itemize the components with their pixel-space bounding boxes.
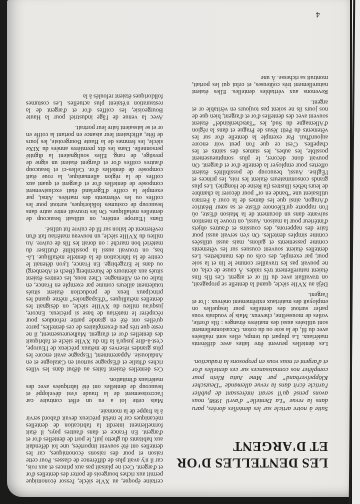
title-line-1: LES DENTELLES D'OR (192, 455, 328, 472)
paragraph: Revenons aux véritables dentelles. Elles… (192, 74, 328, 95)
right-column: certaine époque, au XVIe siècle, l'essor… (26, 93, 163, 485)
paragraph: Déjà au XVIIe siècle, quand la dentelle … (192, 99, 328, 288)
scanned-book-page: LES DENTELLES D'OR ET D'ARGENT Suite à n… (0, 0, 360, 504)
paragraph: Ces dentelles étaient faites au début da… (26, 226, 163, 373)
paragraph: Les dentelles peuvent être faites avec d… (192, 291, 328, 347)
paragraph: Dans l'Europe entière, on utilisait beau… (26, 125, 163, 223)
page-number: 4 (316, 10, 320, 19)
left-column: LES DENTELLES D'OR ET D'ARGENT Suite à n… (192, 74, 328, 471)
paragraph: Mais cette loi a eu un effet contraire c… (26, 377, 163, 405)
paragraph: Avec la venue de l'âge industriel pour l… (26, 93, 163, 121)
paragraph: certaine époque, au XVIe siècle, l'essor… (26, 408, 163, 485)
article-title: LES DENTELLES D'OR ET D'ARGENT (192, 438, 328, 471)
book-page: LES DENTELLES D'OR ET D'ARGENT Suite à n… (7, 0, 350, 497)
title-line-2: ET D'ARGENT (192, 438, 328, 455)
intro-paragraph: Suite à notre article sur les dentelles … (192, 358, 328, 413)
page-content-rotated-180: LES DENTELLES D'OR ET D'ARGENT Suite à n… (7, 0, 350, 497)
